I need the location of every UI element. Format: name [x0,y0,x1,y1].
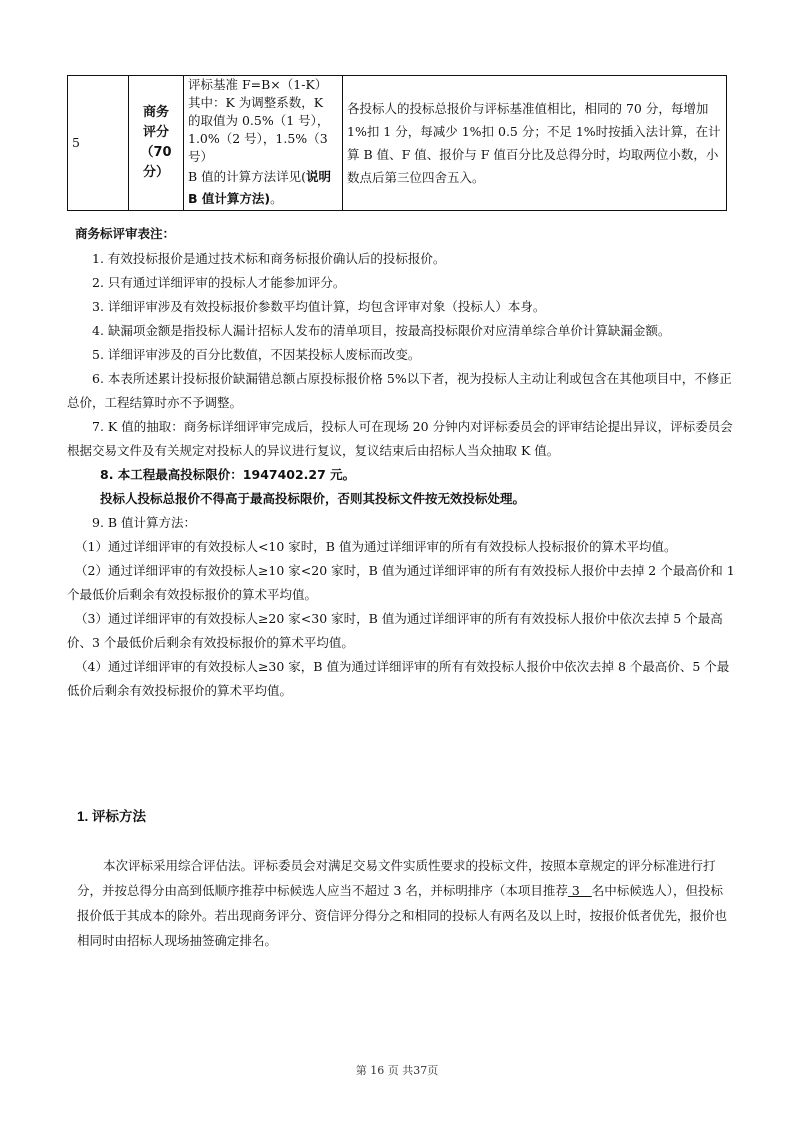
item-name-line: 评分 [133,123,179,143]
item-name-line: （70 [133,143,179,163]
item-name-line: 商务 [133,103,179,123]
basis-line: 号） [188,148,338,166]
page-footer: 第 16 页 共37页 [0,1062,794,1078]
basis-note: B 值的计算方法详见(说明 B 值计算方法)。 [188,166,338,210]
document-page: 5 商务 评分 （70 分） 评标基准 F=B×（1-K） 其中：K 为调整系数… [0,0,794,1123]
note-item: 4. 缺漏项金额是指投标人漏计招标人发布的清单项目，按最高投标限价对应清单综合单… [67,319,735,343]
table-row: 5 商务 评分 （70 分） 评标基准 F=B×（1-K） 其中：K 为调整系数… [68,76,727,211]
max-price-note: 8. 本工程最高投标限价：1947402.27 元。 [75,463,735,487]
basis-note-end: 。 [270,191,283,206]
notes-title: 商务标评审表注： [75,222,735,246]
scoring-basis: 评标基准 F=B×（1-K） 其中：K 为调整系数，K 的取值为 0.5%（1 … [184,76,343,211]
basis-line: 其中：K 为调整系数，K [188,94,338,112]
b-value-title: 9. B 值计算方法： [75,511,735,535]
b-value-item: （2）通过详细评审的有效投标人≥10 家<20 家时，B 值为通过详细评审的所有… [67,559,735,607]
b-value-item: （3）通过详细评审的有效投标人≥20 家<30 家时，B 值为通过详细评审的所有… [67,607,735,655]
notes-section: 商务标评审表注： 1. 有效投标报价是通过技术标和商务标报价确认后的投标报价。 … [75,222,735,703]
recommend-count: 3 [568,883,592,898]
note-item: 2. 只有通过详细评审的投标人才能参加评分。 [75,271,735,295]
b-value-item: （1）通过详细评审的有效投标人<10 家时，B 值为通过详细评审的所有有效投标人… [67,535,735,559]
section-heading: 1. 评标方法 [77,805,146,825]
note-item: 5. 详细评审涉及的百分比数值，不因某投标人废标而改变。 [75,343,735,367]
basis-note-plain: B 值的计算方法详见( [188,169,306,184]
basis-line: 的取值为 0.5%（1 号）， [188,112,338,130]
evaluation-method-paragraph: 本次评标采用综合评估法。评标委员会对满足交易文件实质性要求的投标文件，按照本章规… [77,853,727,953]
basis-line: 1.0%（2 号），1.5%（3 [188,130,338,148]
note-item: 6. 本表所述累计投标报价缺漏错总额占原投标报价格 5%以下者，视为投标人主动让… [67,367,735,415]
scoring-rule: 各投标人的投标总报价与评标基准值相比，相同的 70 分，每增加 1%扣 1 分，… [343,76,727,211]
note-item: 7. K 值的抽取：商务标详细评审完成后，投标人可在现场 20 分钟内对评标委员… [67,415,735,463]
note-item: 3. 详细评审涉及有效投标报价参数平均值计算，均包含评审对象（投标人）本身。 [75,295,735,319]
item-name-line: 分） [133,163,179,183]
basis-line: 评标基准 F=B×（1-K） [188,76,338,94]
b-value-item: （4）通过详细评审的有效投标人≥30 家，B 值为通过详细评审的所有有效投标人报… [67,655,735,703]
item-name: 商务 评分 （70 分） [129,76,184,211]
note-item: 1. 有效投标报价是通过技术标和商务标报价确认后的投标报价。 [75,247,735,271]
row-number: 5 [68,76,129,211]
max-price-rule: 投标人投标总报价不得高于最高投标限价，否则其投标文件按无效投标处理。 [75,487,735,511]
scoring-table: 5 商务 评分 （70 分） 评标基准 F=B×（1-K） 其中：K 为调整系数… [67,75,727,211]
